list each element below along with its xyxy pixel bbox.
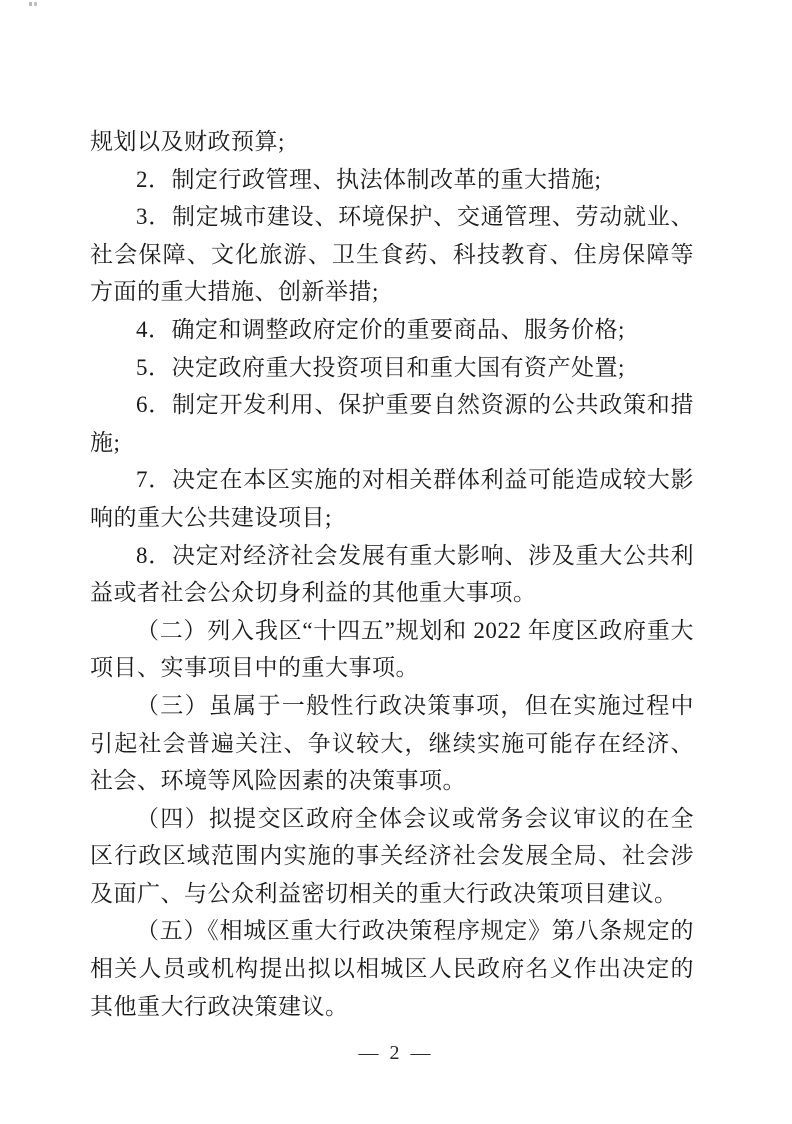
paragraph-section-4: （四）拟提交区政府全体会议或常务会议审议的在全区行政区域范围内实施的事关经济社会… — [90, 800, 694, 913]
paragraph-item-4: 4．确定和调整政府定价的重要商品、服务价格; — [90, 311, 694, 349]
paragraph-item-7: 7．决定在本区实施的对相关群体利益可能造成较大影响的重大公共建设项目; — [90, 461, 694, 536]
paragraph-section-5: （五）《相城区重大行政决策程序规定》第八条规定的相关人员或机构提出拟以相城区人民… — [90, 912, 694, 1025]
page-number: — 2 — — [359, 1042, 434, 1064]
paragraph-item-2: 2．制定行政管理、执法体制改革的重大措施; — [90, 161, 694, 199]
document-page: 规划以及财政预算; 2．制定行政管理、执法体制改革的重大措施; 3．制定城市建设… — [0, 0, 792, 1124]
paragraph-continuation: 规划以及财政预算; — [90, 123, 694, 161]
paragraph-section-3: （三）虽属于一般性行政决策事项，但在实施过程中引起社会普遍关注、争议较大，继续实… — [90, 687, 694, 800]
paragraph-item-8: 8．决定对经济社会发展有重大影响、涉及重大公共利益或者社会公众切身利益的其他重大… — [90, 537, 694, 612]
page-footer: — 2 — — [0, 1042, 792, 1065]
paragraph-item-5: 5．决定政府重大投资项目和重大国有资产处置; — [90, 349, 694, 387]
scan-artifact — [29, 2, 32, 6]
document-body: 规划以及财政预算; 2．制定行政管理、执法体制改革的重大措施; 3．制定城市建设… — [90, 123, 694, 1025]
paragraph-item-3: 3．制定城市建设、环境保护、交通管理、劳动就业、社会保障、文化旅游、卫生食药、科… — [90, 198, 694, 311]
paragraph-item-6: 6．制定开发利用、保护重要自然资源的公共政策和措施; — [90, 386, 694, 461]
paragraph-section-2: （二）列入我区“十四五”规划和 2022 年度区政府重大项目、实事项目中的重大事… — [90, 612, 694, 687]
